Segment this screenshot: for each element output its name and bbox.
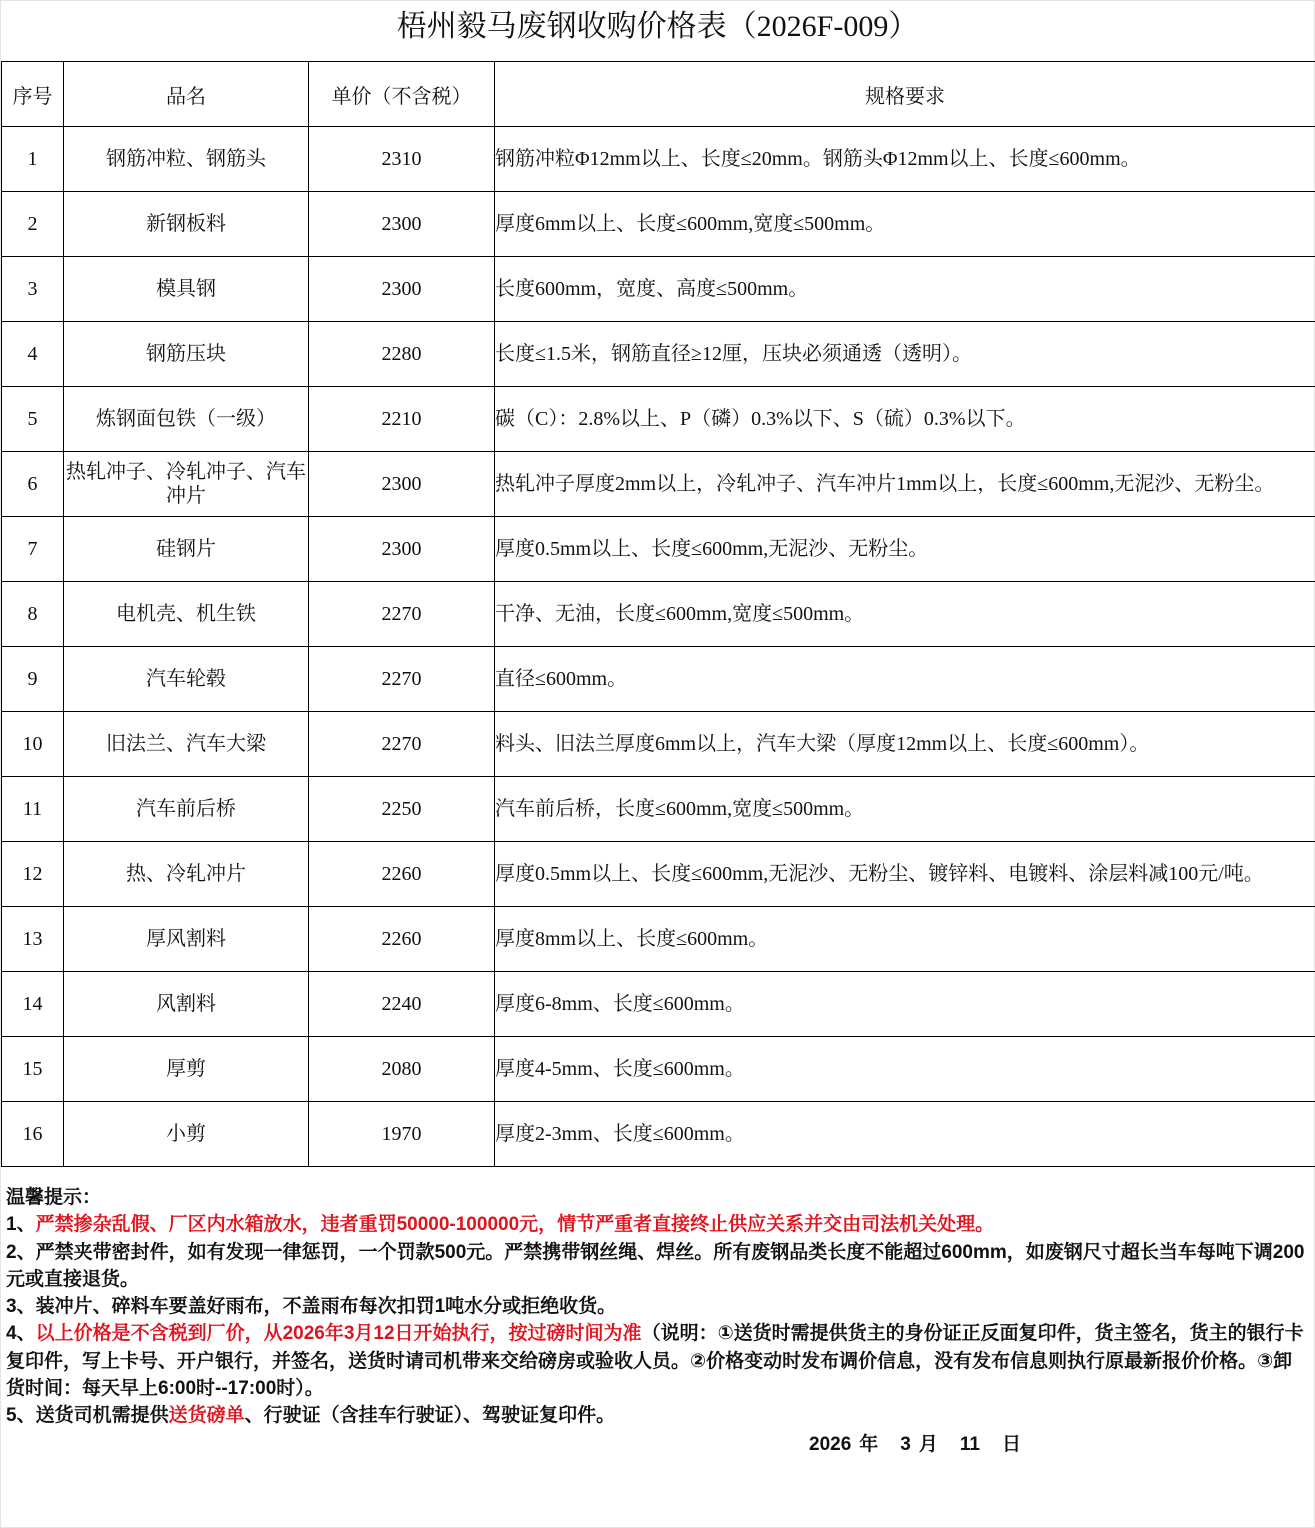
cell-spec: 厚度8mm以上、长度≤600mm。 bbox=[495, 907, 1315, 972]
cell-index: 10 bbox=[2, 712, 64, 777]
note-text: 2、严禁夹带密封件，如有发现一律惩罚，一个罚款500元。严禁携带钢丝绳、焊丝。所… bbox=[6, 1242, 1304, 1290]
cell-spec: 碳（C）：2.8%以上、P（磷）0.3%以下、S（硫）0.3%以下。 bbox=[495, 387, 1315, 452]
cell-index: 1 bbox=[2, 127, 64, 192]
cell-name: 汽车前后桥 bbox=[64, 777, 309, 842]
cell-name: 风割料 bbox=[64, 972, 309, 1037]
note-text: 3、装冲片、碎料车要盖好雨布，不盖雨布每次扣罚1吨水分或拒绝收货。 bbox=[6, 1296, 616, 1317]
cell-price: 2300 bbox=[309, 517, 495, 582]
note-text: 4、 bbox=[6, 1323, 36, 1344]
issue-date: 2026年3月11日 bbox=[809, 1429, 1021, 1456]
cell-name: 模具钢 bbox=[64, 257, 309, 322]
table-row: 14 风割料 2240 厚度6-8mm、长度≤600mm。 bbox=[2, 972, 1315, 1037]
notes-heading: 温馨提示： bbox=[6, 1184, 1311, 1211]
table-row: 9 汽车轮毂 2270 直径≤600mm。 bbox=[2, 647, 1315, 712]
cell-name: 热轧冲子、冷轧冲子、汽车冲片 bbox=[64, 452, 309, 517]
cell-price: 2270 bbox=[309, 647, 495, 712]
cell-price: 2280 bbox=[309, 322, 495, 387]
cell-spec: 料头、旧法兰厚度6mm以上，汽车大梁（厚度12mm以上、长度≤600mm）。 bbox=[495, 712, 1315, 777]
cell-name: 汽车轮毂 bbox=[64, 647, 309, 712]
table-row: 2 新钢板料 2300 厚度6mm以上、长度≤600mm,宽度≤500mm。 bbox=[2, 192, 1315, 257]
header-price: 单价（不含税） bbox=[309, 62, 495, 127]
cell-name: 钢筋压块 bbox=[64, 322, 309, 387]
price-table: 序号 品名 单价（不含税） 规格要求 1 钢筋冲粒、钢筋头 2310 钢筋冲粒Φ… bbox=[1, 61, 1315, 1167]
date-day-label: 日 bbox=[1002, 1429, 1021, 1456]
note-warning-text: 严禁掺杂乱假、厂区内水箱放水，违者重罚50000-100000元，情节严重者直接… bbox=[36, 1214, 995, 1235]
note-text: 1、 bbox=[6, 1214, 36, 1235]
cell-name: 厚剪 bbox=[64, 1037, 309, 1102]
table-row: 10 旧法兰、汽车大梁 2270 料头、旧法兰厚度6mm以上，汽车大梁（厚度12… bbox=[2, 712, 1315, 777]
cell-index: 9 bbox=[2, 647, 64, 712]
cell-price: 2270 bbox=[309, 712, 495, 777]
table-header-row: 序号 品名 单价（不含税） 规格要求 bbox=[2, 62, 1315, 127]
cell-price: 2210 bbox=[309, 387, 495, 452]
table-row: 5 炼钢面包铁（一级） 2210 碳（C）：2.8%以上、P（磷）0.3%以下、… bbox=[2, 387, 1315, 452]
cell-name: 炼钢面包铁（一级） bbox=[64, 387, 309, 452]
cell-price: 2300 bbox=[309, 257, 495, 322]
cell-spec: 长度≤1.5米，钢筋直径≥12厘，压块必须通透（透明）。 bbox=[495, 322, 1315, 387]
date-year: 2026 bbox=[809, 1434, 851, 1456]
cell-price: 2260 bbox=[309, 842, 495, 907]
cell-spec: 厚度2-3mm、长度≤600mm。 bbox=[495, 1102, 1315, 1167]
cell-price: 2310 bbox=[309, 127, 495, 192]
page-title: 梧州毅马废钢收购价格表（2026F-009） bbox=[1, 1, 1314, 61]
cell-index: 3 bbox=[2, 257, 64, 322]
date-month: 3 bbox=[900, 1434, 911, 1456]
table-row: 6 热轧冲子、冷轧冲子、汽车冲片 2300 热轧冲子厚度2mm以上，冷轧冲子、汽… bbox=[2, 452, 1315, 517]
note-warning-text: 送货磅单 bbox=[169, 1405, 245, 1426]
cell-price: 2260 bbox=[309, 907, 495, 972]
table-row: 4 钢筋压块 2280 长度≤1.5米，钢筋直径≥12厘，压块必须通透（透明）。 bbox=[2, 322, 1315, 387]
cell-spec: 直径≤600mm。 bbox=[495, 647, 1315, 712]
table-row: 3 模具钢 2300 长度600mm，宽度、高度≤500mm。 bbox=[2, 257, 1315, 322]
cell-name: 硅钢片 bbox=[64, 517, 309, 582]
cell-name: 小剪 bbox=[64, 1102, 309, 1167]
price-sheet-page: 梧州毅马废钢收购价格表（2026F-009） 序号 品名 单价（不含税） 规格要… bbox=[0, 0, 1315, 1528]
cell-price: 2300 bbox=[309, 192, 495, 257]
cell-price: 1970 bbox=[309, 1102, 495, 1167]
cell-name: 新钢板料 bbox=[64, 192, 309, 257]
cell-name: 厚风割料 bbox=[64, 907, 309, 972]
table-row: 1 钢筋冲粒、钢筋头 2310 钢筋冲粒Φ12mm以上、长度≤20mm。钢筋头Φ… bbox=[2, 127, 1315, 192]
cell-spec: 长度600mm，宽度、高度≤500mm。 bbox=[495, 257, 1315, 322]
cell-name: 电机壳、机生铁 bbox=[64, 582, 309, 647]
table-row: 13 厚风割料 2260 厚度8mm以上、长度≤600mm。 bbox=[2, 907, 1315, 972]
note-item-1: 1、严禁掺杂乱假、厂区内水箱放水，违者重罚50000-100000元，情节严重者… bbox=[6, 1211, 1311, 1238]
table-row: 8 电机壳、机生铁 2270 干净、无油，长度≤600mm,宽度≤500mm。 bbox=[2, 582, 1315, 647]
cell-spec: 热轧冲子厚度2mm以上，冷轧冲子、汽车冲片1mm以上，长度≤600mm,无泥沙、… bbox=[495, 452, 1315, 517]
cell-spec: 汽车前后桥，长度≤600mm,宽度≤500mm。 bbox=[495, 777, 1315, 842]
cell-spec: 钢筋冲粒Φ12mm以上、长度≤20mm。钢筋头Φ12mm以上、长度≤600mm。 bbox=[495, 127, 1315, 192]
note-item-4: 4、以上价格是不含税到厂价，从2026年3月12日开始执行，按过磅时间为准（说明… bbox=[6, 1320, 1311, 1402]
table-row: 16 小剪 1970 厚度2-3mm、长度≤600mm。 bbox=[2, 1102, 1315, 1167]
notes-section: 温馨提示： 1、严禁掺杂乱假、厂区内水箱放水，违者重罚50000-100000元… bbox=[6, 1184, 1311, 1430]
cell-index: 14 bbox=[2, 972, 64, 1037]
date-month-label: 月 bbox=[919, 1429, 938, 1456]
cell-index: 7 bbox=[2, 517, 64, 582]
table-row: 15 厚剪 2080 厚度4-5mm、长度≤600mm。 bbox=[2, 1037, 1315, 1102]
note-warning-text: 以上价格是不含税到厂价，从2026年3月12日开始执行，按过磅时间为准 bbox=[36, 1323, 642, 1344]
cell-index: 12 bbox=[2, 842, 64, 907]
table-row: 11 汽车前后桥 2250 汽车前后桥，长度≤600mm,宽度≤500mm。 bbox=[2, 777, 1315, 842]
header-spec: 规格要求 bbox=[495, 62, 1315, 127]
cell-spec: 厚度4-5mm、长度≤600mm。 bbox=[495, 1037, 1315, 1102]
cell-index: 16 bbox=[2, 1102, 64, 1167]
cell-index: 13 bbox=[2, 907, 64, 972]
cell-price: 2240 bbox=[309, 972, 495, 1037]
cell-price: 2080 bbox=[309, 1037, 495, 1102]
cell-index: 5 bbox=[2, 387, 64, 452]
cell-price: 2250 bbox=[309, 777, 495, 842]
cell-index: 15 bbox=[2, 1037, 64, 1102]
cell-index: 2 bbox=[2, 192, 64, 257]
table-row: 12 热、冷轧冲片 2260 厚度0.5mm以上、长度≤600mm,无泥沙、无粉… bbox=[2, 842, 1315, 907]
note-item-3: 3、装冲片、碎料车要盖好雨布，不盖雨布每次扣罚1吨水分或拒绝收货。 bbox=[6, 1293, 1311, 1320]
date-day: 11 bbox=[960, 1434, 980, 1456]
cell-index: 8 bbox=[2, 582, 64, 647]
cell-name: 旧法兰、汽车大梁 bbox=[64, 712, 309, 777]
header-index: 序号 bbox=[2, 62, 64, 127]
cell-spec: 干净、无油，长度≤600mm,宽度≤500mm。 bbox=[495, 582, 1315, 647]
note-item-5: 5、送货司机需提供送货磅单、行驶证（含挂车行驶证）、驾驶证复印件。 bbox=[6, 1402, 1311, 1429]
date-year-label: 年 bbox=[859, 1429, 878, 1456]
note-text: 、行驶证（含挂车行驶证）、驾驶证复印件。 bbox=[245, 1405, 616, 1426]
cell-spec: 厚度0.5mm以上、长度≤600mm,无泥沙、无粉尘、镀锌料、电镀料、涂层料减1… bbox=[495, 842, 1315, 907]
cell-spec: 厚度6-8mm、长度≤600mm。 bbox=[495, 972, 1315, 1037]
cell-index: 6 bbox=[2, 452, 64, 517]
cell-spec: 厚度0.5mm以上、长度≤600mm,无泥沙、无粉尘。 bbox=[495, 517, 1315, 582]
table-row: 7 硅钢片 2300 厚度0.5mm以上、长度≤600mm,无泥沙、无粉尘。 bbox=[2, 517, 1315, 582]
cell-index: 4 bbox=[2, 322, 64, 387]
cell-price: 2270 bbox=[309, 582, 495, 647]
cell-name: 热、冷轧冲片 bbox=[64, 842, 309, 907]
cell-index: 11 bbox=[2, 777, 64, 842]
note-item-2: 2、严禁夹带密封件，如有发现一律惩罚，一个罚款500元。严禁携带钢丝绳、焊丝。所… bbox=[6, 1239, 1311, 1294]
cell-name: 钢筋冲粒、钢筋头 bbox=[64, 127, 309, 192]
note-text: 5、送货司机需提供 bbox=[6, 1405, 169, 1426]
cell-spec: 厚度6mm以上、长度≤600mm,宽度≤500mm。 bbox=[495, 192, 1315, 257]
cell-price: 2300 bbox=[309, 452, 495, 517]
header-name: 品名 bbox=[64, 62, 309, 127]
